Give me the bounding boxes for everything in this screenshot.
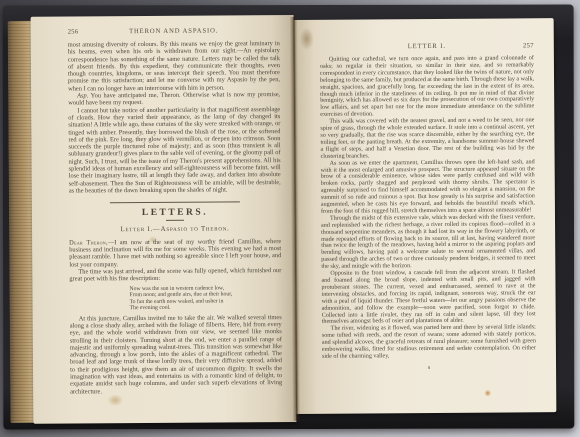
section-heading: LETTERS. [69,209,281,218]
page-number-right: 257 [523,42,534,49]
book-photo: 256 THERON AND ASPASIO. most amusing div… [2,1,578,435]
speaker-abbreviation: Asp. [77,92,88,99]
paragraph: The time was just arrived, and the scene… [69,267,281,283]
paragraph: Through the midst of this extensive vale… [321,214,535,271]
paragraph: As soon as we enter the apartment, Camil… [321,159,535,216]
running-title-left: THERON AND ASPASIO. [129,27,218,35]
letter-heading: Letter I.—Aspasio to Theron. [69,225,281,234]
page-number-left: 256 [68,28,79,35]
salutation: Dear Theron, [69,239,108,246]
running-title-right: LETTER I. [408,43,446,50]
paragraph: most amusing diversity of colours. By th… [68,40,280,93]
right-page-text-block: LETTER I. 257 Quitting our cathedral, we… [320,42,536,372]
paragraph: I cannot but take notice of another part… [68,106,281,195]
heading-underline-rule [166,219,184,220]
stain [107,394,123,406]
paragraph: The river, widening as it flowed, was pa… [322,325,536,361]
paragraph: Opposite to the front window, a cascade … [321,269,535,326]
right-running-header: LETTER I. 257 [320,42,534,50]
left-running-header: 256 THERON AND ASPASIO. [68,27,280,35]
paragraph: This walk was covered with the neatest g… [320,117,534,160]
dialogue-text: You have anticipated me, Theron. Otherwi… [68,91,280,107]
right-page: LETTER I. 257 Quitting our cathedral, we… [294,18,557,414]
section-divider-rule [110,202,240,204]
paragraph-salutation: Dear Theron,—I am now at the seat of my … [69,238,281,269]
verse-line: The evening cool. [130,304,282,312]
signature-mark: s [322,364,536,372]
left-page: 256 THERON AND ASPASIO. most amusing div… [31,15,297,424]
paragraph-dialogue: Asp. You have anticipated me, Theron. Ot… [68,91,280,107]
paragraph: At this juncture, Camillus invited me to… [70,314,283,396]
stain [484,390,491,397]
paragraph: Quitting our cathedral, we turn once aga… [320,55,534,119]
verse-quotation: Now was the sun in western cadence low, … [129,285,281,312]
left-page-text-block: 256 THERON AND ASPASIO. most amusing div… [68,27,283,395]
stain [300,28,314,50]
